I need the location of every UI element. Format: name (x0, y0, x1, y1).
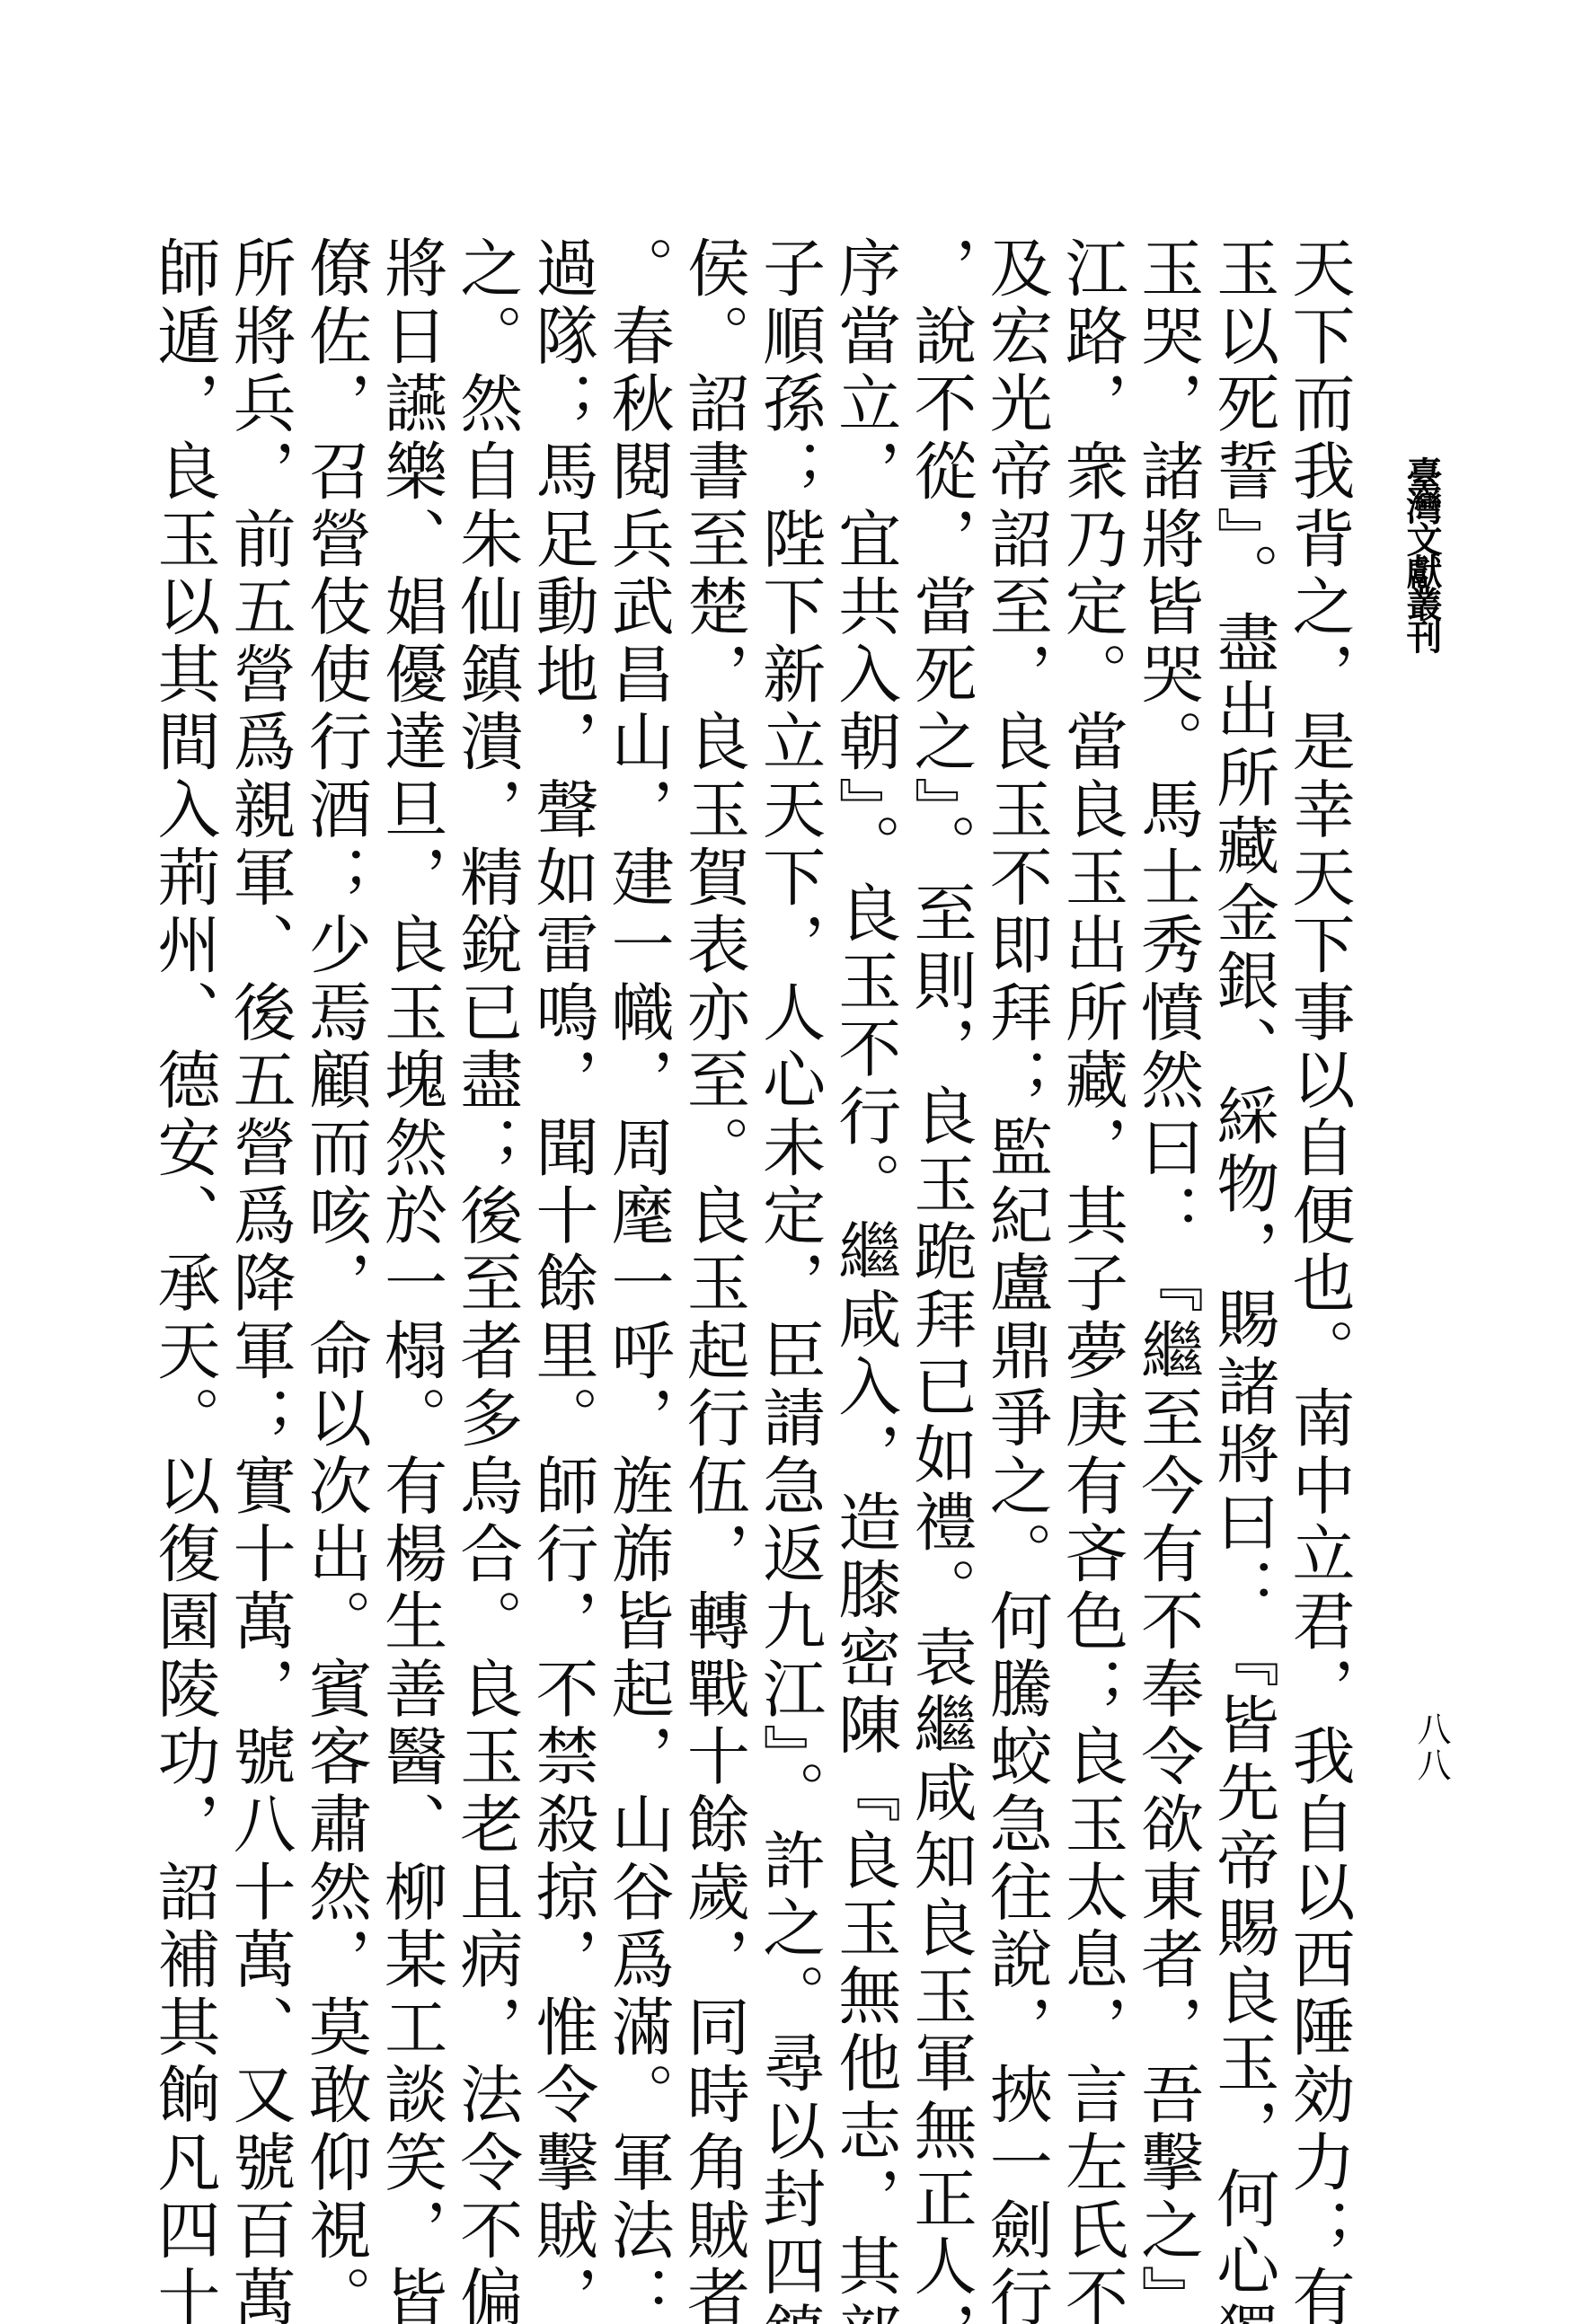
text-column: 將日讌樂、娼優達旦，良玉塊然於一榻。有楊生善醫、柳某工談笑，皆信任。嘗月夜晏 (373, 235, 448, 2158)
text-column: 子順孫；陛下新立天下，人心未定，臣請急返九江』。許之。尋以封四鎮推恩，進良玉 (751, 235, 827, 2158)
text-column: 玉以死誓』。盡出所藏金銀、綵物，賜諸將曰：『皆先帝賜良玉，何心獨有之乎』！良 (1206, 235, 1281, 2158)
text-column: 江路，衆乃定。當良玉出所藏，其子夢庚有吝色；良玉太息，言左氏不得世有其軍矣！ (1054, 235, 1129, 2158)
running-title: 臺灣文獻叢刊 (1394, 456, 1448, 650)
document-page: 臺灣文獻叢刊 八八 天下而我背之，是幸天下事以自便也。南中立君，我自以西陲効力；… (0, 0, 1583, 2324)
text-column: 過隊；馬足動地，聲如雷鳴，聞十餘里。師行，不禁殺掠，惟令擊賊，逃軍、降寇爭附 (525, 235, 600, 2158)
text-column: 侯。詔書至楚，良玉賀表亦至。良玉起行伍，轉戰十餘歲，同時角賊者多沒；惟良玉存 (676, 235, 751, 2158)
text-column: 僚佐，召營伎使行酒；少焉顧而咳，命以次出。賓客肅然，莫敢仰視。其嚴重亦類此。 (297, 235, 373, 2158)
text-column: 序當立，宜共入朝』。良玉不行。繼咸入，造膝密陳『良玉無他志，其部多降寇，非孝 (827, 235, 903, 2158)
body-text: 天下而我背之，是幸天下事以自便也。南中立君，我自以西陲効力；有踰此一步者，良 玉… (144, 235, 1357, 2158)
text-column: 玉哭，諸將皆哭。馬士秀憤然曰：『繼至今有不奉令欲東者，吾擊之』！以巨艦置磯斷 (1129, 235, 1205, 2158)
page-number: 八八 (1409, 1711, 1454, 1783)
text-column: 天下而我背之，是幸天下事以自便也。南中立君，我自以西陲効力；有踰此一步者，良 (1281, 235, 1357, 2158)
text-column: 師遁，良玉以其間入荊州、德安、承天。以復園陵功，詔補其餉凡四十萬。 (146, 235, 222, 2158)
text-column: 之。然自朱仙鎮潰，精銳已盡；後至者多烏合。良玉老且病，法令不偏。及居武昌，諸 (449, 235, 525, 2158)
text-column: 。春秋閱兵武昌山，建一幟，周麾一呼，旌旆皆起，山谷爲滿。軍法：兩人夾馬馳，名 (600, 235, 676, 2158)
text-column: 所將兵，前五營爲親軍、後五營爲降軍；實十萬，號八十萬、又號百萬。及李自成棄京 (222, 235, 297, 2158)
text-column: 及宏光帝詔至，良玉不即拜；監紀盧鼎爭之。何騰蛟急往說，挾一劍行；曰：『茲大事 (978, 235, 1054, 2158)
text-column: ，說不從，當死之』。至則，良玉跪拜已如禮。袁繼咸知良玉軍無正人，馳書言『福王 (903, 235, 978, 2158)
